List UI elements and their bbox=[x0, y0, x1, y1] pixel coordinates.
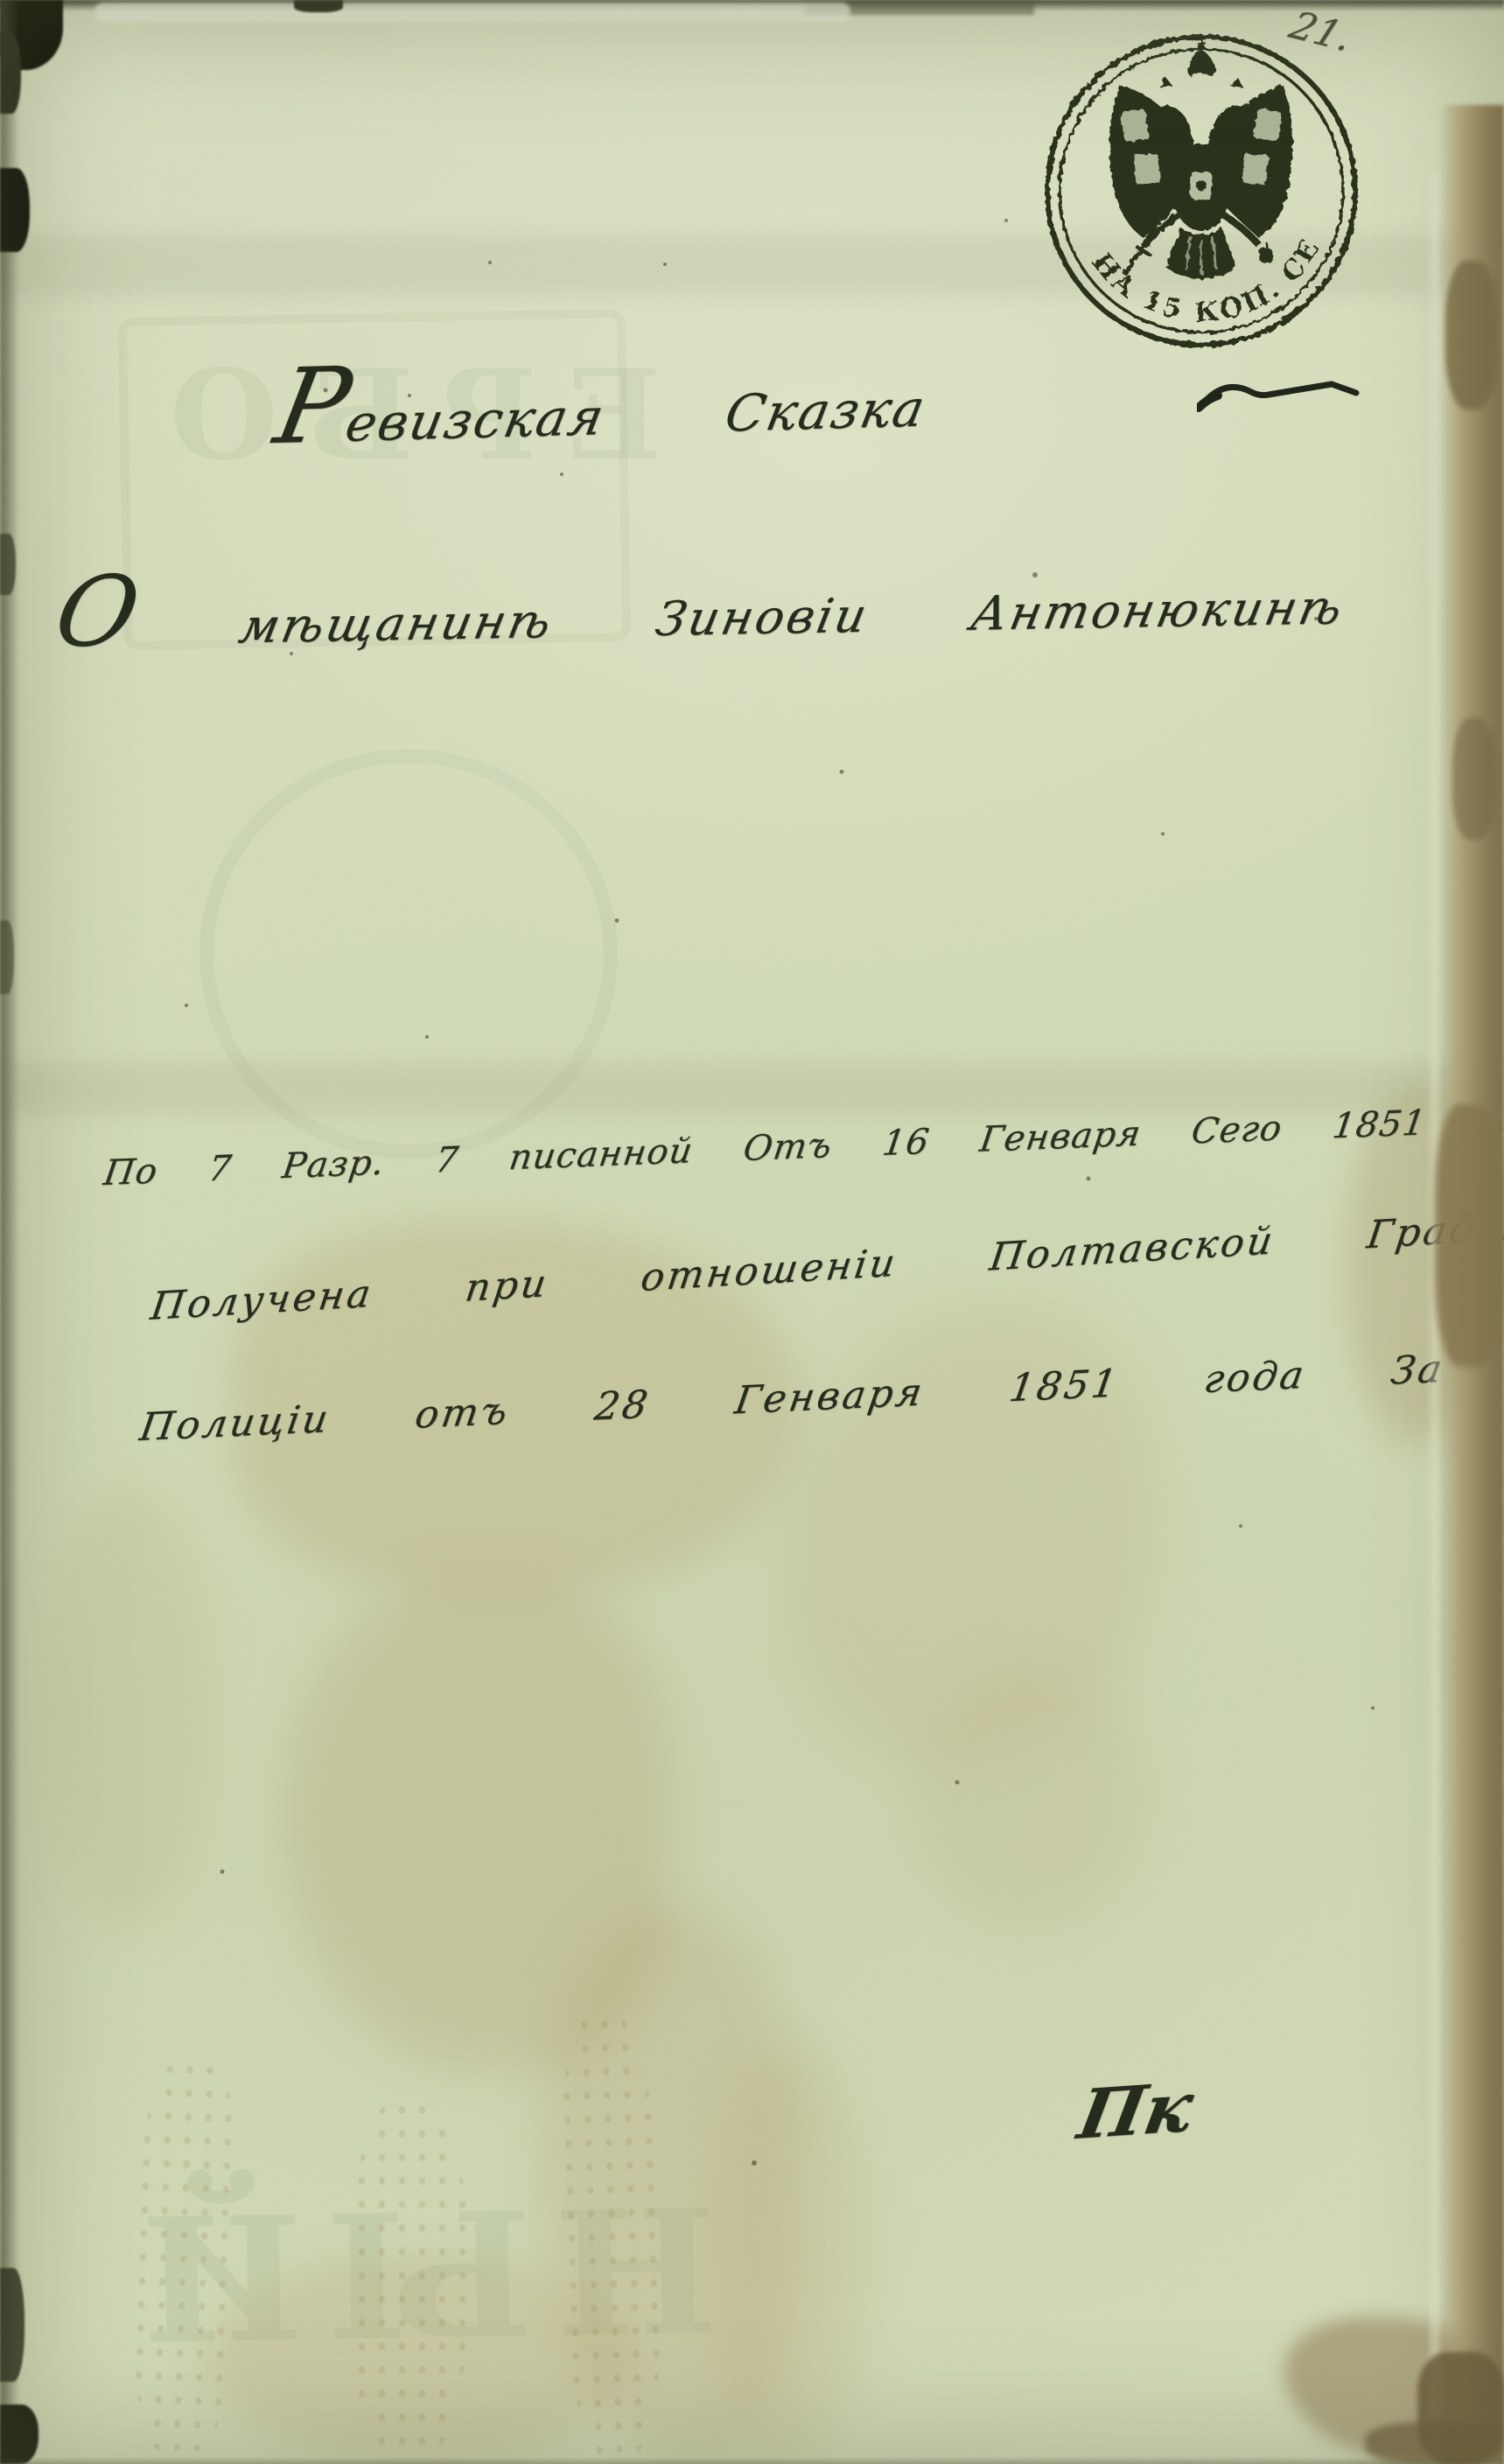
water-stain bbox=[287, 1575, 668, 2070]
subject-line: О мѣщанинѣ Зиновіи Антонюкинѣ bbox=[49, 579, 1349, 657]
torn-edge-patch bbox=[1445, 261, 1498, 409]
binding-fragment bbox=[0, 2268, 24, 2382]
binding-fragment bbox=[0, 534, 16, 595]
torn-edge-patch bbox=[1365, 2422, 1504, 2464]
edge-top-nub bbox=[294, 0, 343, 12]
bleed-through-emblem bbox=[199, 749, 618, 1158]
water-stain bbox=[208, 2257, 633, 2464]
water-stain bbox=[705, 2047, 871, 2464]
torn-edge-patch bbox=[1452, 717, 1496, 840]
binding-fragment bbox=[0, 2404, 38, 2464]
receipt-note-line1: Получена при отношеніи Полтавской Градск… bbox=[148, 1200, 1504, 1329]
water-stain bbox=[541, 1907, 803, 2459]
document-title: Ревизская Сказка bbox=[269, 379, 931, 455]
clerk-mark: Пк bbox=[1073, 2068, 1200, 2155]
foxing-speckles bbox=[126, 2056, 247, 2459]
torn-pale-strip bbox=[94, 3, 850, 22]
bleed-through-text-bottom: НЫЙ bbox=[117, 2172, 719, 2383]
document-page: ЕРБО НЫЙ ЦѢНА 15 КОП. СЕР. bbox=[0, 0, 1504, 2464]
receipt-note-line2: Полиціи отъ 28 Генваря 1851 года За № 85… bbox=[136, 1333, 1504, 1450]
edge-right-torn bbox=[1438, 105, 1504, 2464]
paper-shading-band bbox=[0, 1062, 1504, 1115]
corner-top-left-shadow bbox=[0, 0, 63, 70]
ink-flourish bbox=[1197, 366, 1363, 422]
water-stain bbox=[917, 1662, 1146, 1928]
price-stamp: ЦѢНА 15 КОП. СЕР. bbox=[1019, 7, 1387, 383]
tear-highlight bbox=[1430, 175, 1440, 2450]
edge-left-binding bbox=[0, 0, 19, 2464]
binding-fragment bbox=[0, 168, 30, 252]
torn-edge-patch bbox=[1417, 2352, 1504, 2464]
binding-fragment bbox=[0, 920, 14, 994]
foxing-speckles bbox=[352, 2098, 467, 2460]
binding-fragment bbox=[0, 33, 21, 114]
water-stain bbox=[49, 1487, 210, 1925]
foxing-speckles bbox=[554, 2011, 668, 2462]
water-stain bbox=[1284, 2317, 1504, 2462]
double-headed-eagle-emblem bbox=[1109, 38, 1292, 279]
edge-bottom bbox=[0, 2457, 1504, 2464]
edge-top-dark-segment bbox=[805, 0, 1034, 15]
registry-note: По 7 Разр. 7 писанной Отъ 16 Генваря Сег… bbox=[101, 1088, 1504, 1193]
